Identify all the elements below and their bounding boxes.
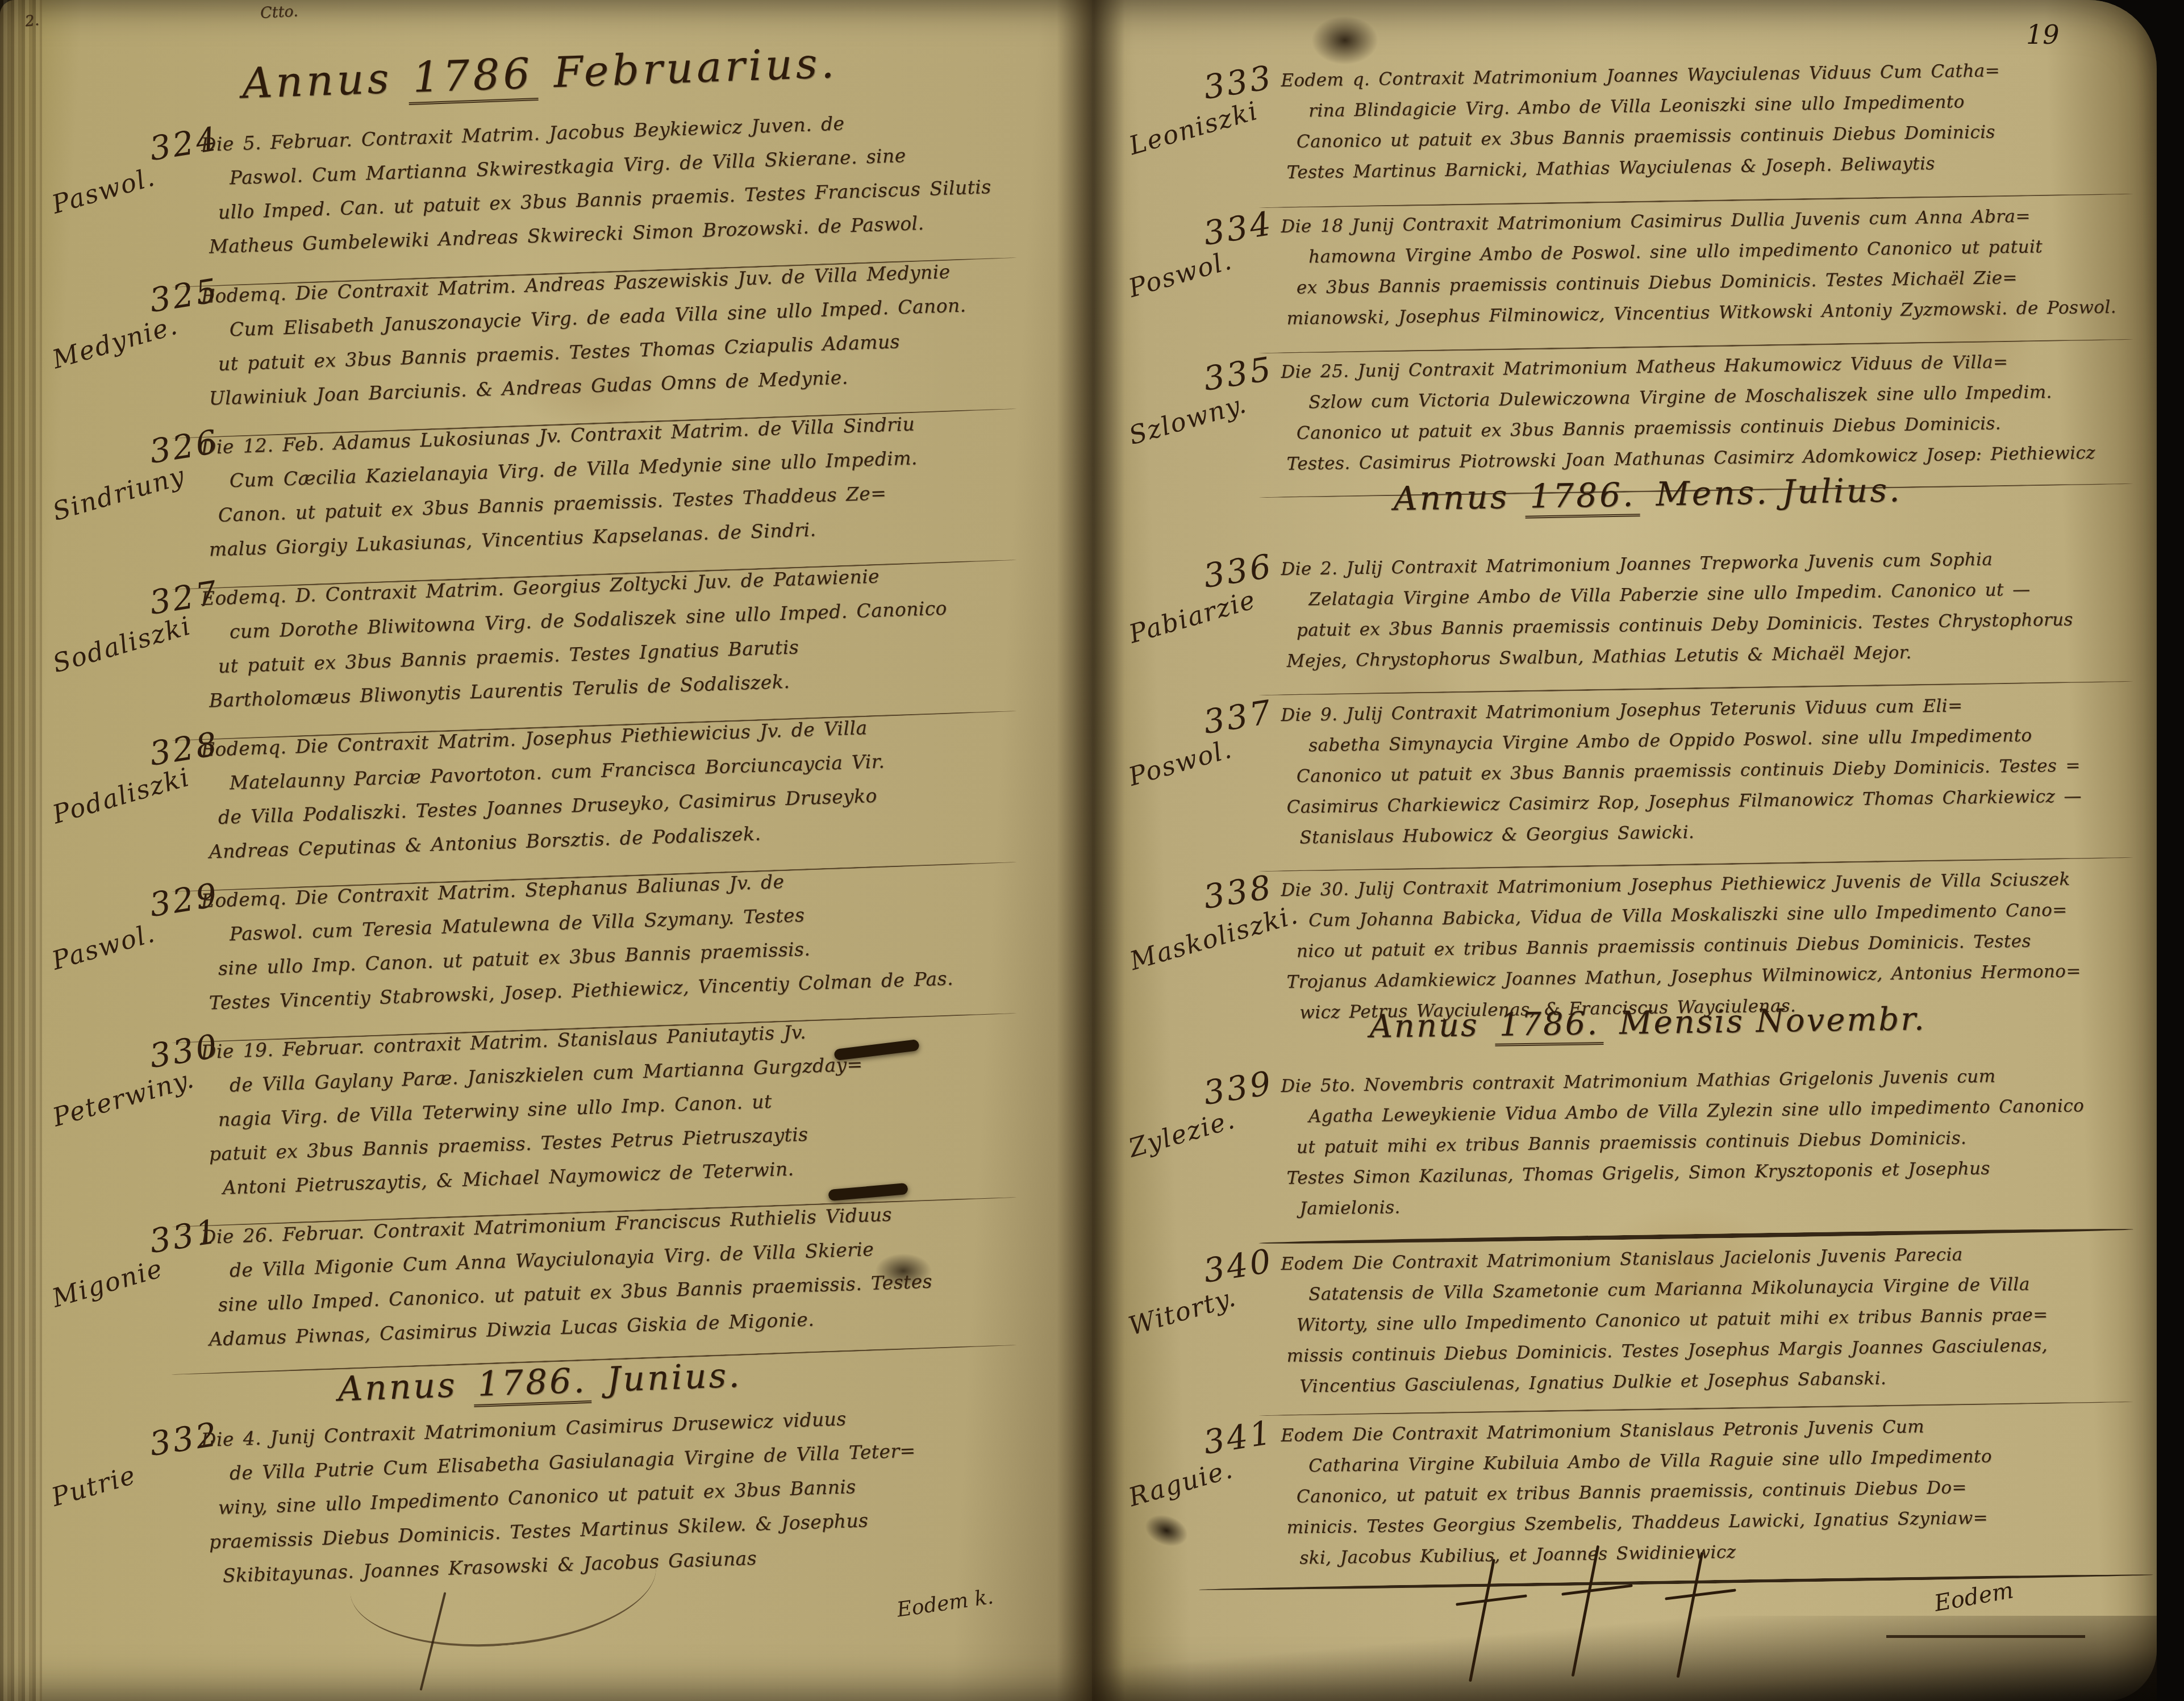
entry-text: Eodem q. Contraxit Matrimonium Joannes W… <box>1281 53 2138 188</box>
heading-annus-label: Annus <box>1369 1007 1479 1045</box>
entry-margin-label: Sindriuny <box>49 460 189 527</box>
page-number: 19 <box>2026 19 2060 50</box>
entry-margin-label: Medynie. <box>49 310 181 375</box>
heading-year: 1786. <box>1525 475 1640 519</box>
manuscript-book-spread: 2. Ctto. 19 Annus1786Februarius. Annus17… <box>0 0 2184 1701</box>
top-margin-note: Ctto. <box>260 2 298 22</box>
entry-margin-label: Paswol. <box>48 918 159 975</box>
record-entry-324: 324 Paswol. Die 5. Februar. Contraxit Ma… <box>54 128 1020 264</box>
entry-margin-label: Migonie <box>49 1253 166 1313</box>
record-entry-332: 332 Putrie Die 4. Junij Contraxit Matrim… <box>54 1423 1020 1594</box>
record-entry-333: 333 Leoniszki Eodem q. Contraxit Matrimo… <box>1131 65 2136 188</box>
entry-margin-label: Putrie <box>48 1460 140 1512</box>
entry-margin-label: Raguie. <box>1125 1454 1236 1512</box>
record-entry-329: 329 Paswol. Eodemq. Die Contraxit Matrim… <box>54 884 1020 1020</box>
entry-margin-label: Poswol. <box>1125 733 1235 791</box>
heading-year: 1786. <box>472 1361 591 1407</box>
entry-margin-label: Peterwiny. <box>49 1064 198 1133</box>
heading-annus-label: Annus <box>337 1365 458 1409</box>
entry-number: 337 <box>1201 693 1276 741</box>
entry-margin-label: Zylezie. <box>1125 1104 1239 1163</box>
entry-text: Die 9. Julij Contraxit Matrimonium Josep… <box>1281 688 2139 853</box>
entry-text: Die 2. Julij Contraxit Matrimonium Joann… <box>1281 542 2138 677</box>
record-entry-335: 335 Szlowny. Die 25. Junij Contraxit Mat… <box>1131 357 2136 480</box>
record-entry-325: 325 Medynie. Eodemq. Die Contraxit Matri… <box>54 280 1020 416</box>
entry-number: 341 <box>1201 1413 1276 1462</box>
entry-text: Die 5to. Novembris contraxit Matrimonium… <box>1281 1059 2139 1224</box>
record-entry-336: 336 Pabiarzie Die 2. Julij Contraxit Mat… <box>1131 554 2136 677</box>
entry-text: Eodemq. Die Contraxit Matrim. Josephus P… <box>201 706 1024 869</box>
corner-note: 2. <box>24 12 40 30</box>
book-spine <box>1057 0 1125 1701</box>
entry-text: Die 25. Junij Contraxit Matrimonium Math… <box>1281 345 2138 480</box>
entry-margin-label: Leoniszki <box>1126 95 1261 161</box>
record-entry-337: 337 Poswol. Die 9. Julij Contraxit Matri… <box>1131 700 2136 853</box>
entry-margin-label: Szlowny. <box>1126 389 1251 451</box>
heading-month: Mens. Julius. <box>1656 470 1902 514</box>
entry-margin-label: Paswol. <box>48 161 159 219</box>
entry-margin-label: Pabiarzie <box>1126 584 1259 649</box>
heading-annus-label: Annus <box>1393 477 1510 518</box>
record-entry-331: 331 Migonie Die 26. Februar. Contraxit M… <box>54 1220 1020 1357</box>
entry-text: Eodem Die Contraxit Matrimonium Stanisla… <box>1281 1237 2139 1402</box>
record-entry-341: 341 Raguie. Eodem Die Contraxit Matrimon… <box>1131 1420 2136 1574</box>
heading-year: 1786 <box>407 49 539 105</box>
entry-text: Die 12. Feb. Adamus Lukosiunas Jv. Contr… <box>201 403 1024 567</box>
record-entry-328: 328 Podaliszki Eodemq. Die Contraxit Mat… <box>54 733 1020 869</box>
entry-margin-label: Witorty. <box>1125 1282 1239 1341</box>
entry-text: Die 26. Februar. Contraxit Matrimonium F… <box>201 1193 1024 1357</box>
record-entry-340: 340 Witorty. Eodem Die Contraxit Matrimo… <box>1131 1249 2136 1402</box>
ink-blot <box>1311 16 1378 65</box>
entry-text: Die 4. Junij Contraxit Matrimonium Casim… <box>201 1396 1025 1594</box>
entry-text: Eodemq. Die Contraxit Matrim. Andreas Pa… <box>201 252 1024 416</box>
entry-number: 339 <box>1201 1064 1276 1112</box>
entry-margin-label: Poswol. <box>1125 245 1235 303</box>
heading-month: Februarius. <box>553 39 839 97</box>
entry-number: 334 <box>1201 204 1276 253</box>
record-entry-334: 334 Poswol. Die 18 Junij Contraxit Matri… <box>1131 211 2136 334</box>
entry-text: Eodem Die Contraxit Matrimonium Stanisla… <box>1281 1408 2139 1574</box>
record-entry-339: 339 Zylezie. Die 5to. Novembris contraxi… <box>1131 1071 2136 1224</box>
heading-year: 1786. <box>1494 1005 1603 1047</box>
record-entry-326: 326 Sindriuny Die 12. Feb. Adamus Lukosi… <box>54 431 1020 567</box>
record-entry-327: 327 Sodaliszki Eodemq. D. Contraxit Matr… <box>54 582 1020 718</box>
entry-text: Die 19. Februar. contraxit Matrim. Stani… <box>201 1008 1025 1206</box>
entry-text: Eodemq. D. Contraxit Matrim. Georgius Zo… <box>201 555 1024 718</box>
entry-text: Die 5. Februar. Contraxit Matrim. Jacobu… <box>201 101 1024 264</box>
entry-number: 340 <box>1201 1241 1276 1290</box>
entry-text: Eodemq. Die Contraxit Matrim. Stephanus … <box>201 857 1024 1020</box>
footer-underline <box>1886 1635 2085 1638</box>
heading-annus-label: Annus <box>241 54 393 108</box>
heading-month: Mensis Novembr. <box>1619 1000 1926 1042</box>
entry-margin-label: Podaliszki <box>49 762 193 829</box>
entry-margin-label: Sodaliszki <box>49 610 195 678</box>
heading-month: Junius. <box>606 1356 742 1400</box>
record-entry-330: 330 Peterwiny. Die 19. Februar. contraxi… <box>54 1035 1020 1206</box>
entry-text: Die 18 Junij Contraxit Matrimonium Casim… <box>1281 199 2138 334</box>
